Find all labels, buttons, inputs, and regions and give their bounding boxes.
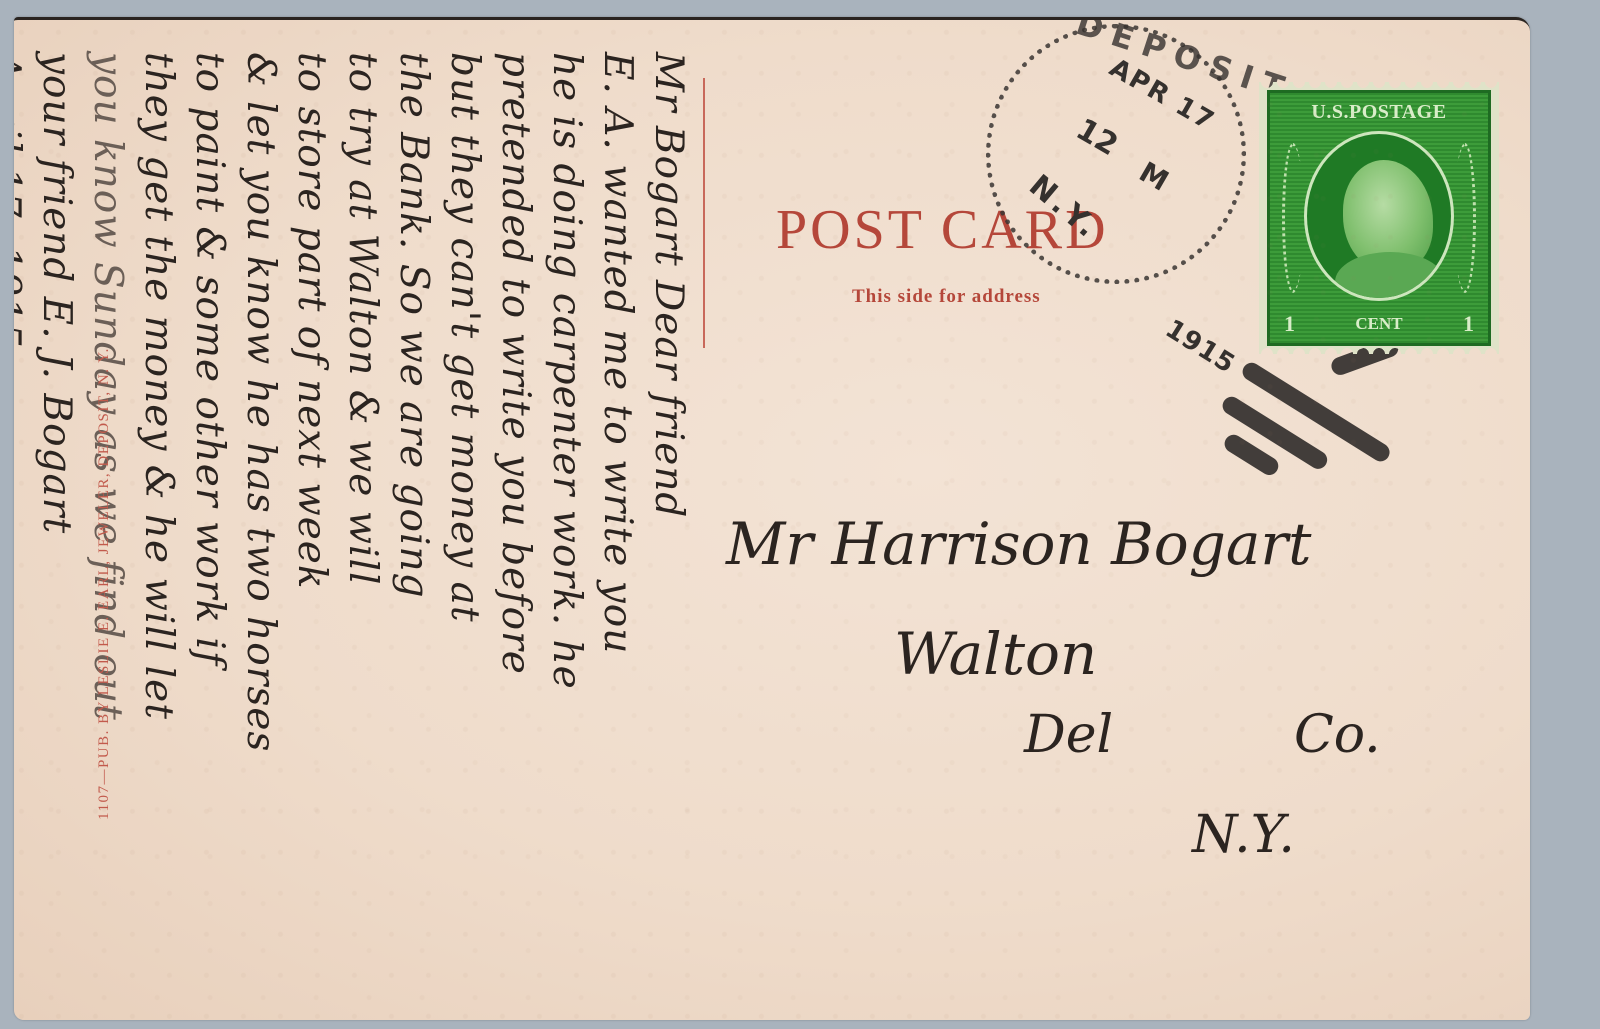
message-signature: your friend E. J. Bogart: [31, 52, 82, 1012]
postcard-back: Mr Bogart Dear friend E. A. wanted me to…: [14, 17, 1530, 1020]
message-line: they get the money & he will let: [133, 52, 184, 1012]
message-line: to try at Walton & we will: [337, 52, 388, 1012]
divider-line: [703, 78, 705, 348]
address-side-label: This side for address: [852, 286, 1041, 308]
postmark-year: 1915: [1160, 314, 1241, 380]
message-line: but they can't get money at: [439, 52, 490, 1012]
message-line: the Bank. So we are going: [388, 52, 439, 1012]
portrait-icon: [1304, 131, 1454, 301]
address-town: Walton: [894, 620, 1097, 688]
message-date: April 17, 1915: [14, 52, 31, 1012]
stamp-denomination-right: 1: [1463, 311, 1474, 337]
laurel-wreath-icon: [1282, 143, 1304, 293]
address-name: Mr Harrison Bogart: [726, 510, 1311, 578]
stamp-denomination-left: 1: [1284, 311, 1295, 337]
message-line: to store part of next week: [286, 52, 337, 1012]
message-line: he is doing carpenter work. he: [541, 52, 592, 1012]
address-county: Del: [1024, 705, 1113, 765]
stamp-denomination-word: CENT: [1355, 314, 1402, 334]
publisher-imprint: 1107—PUB. BY LESLIE E. EARL, JEWELER, DE…: [96, 347, 113, 820]
message-line: Mr Bogart Dear friend: [643, 52, 694, 1012]
message-line: to paint & some other work if: [184, 52, 235, 1012]
postage-stamp: U.S.POSTAGE 1 CENT 1: [1259, 82, 1499, 354]
laurel-wreath-icon: [1454, 143, 1476, 293]
message-line: pretended to write you before: [490, 52, 541, 1012]
message-line: E. A. wanted me to write you: [592, 52, 643, 1012]
message-line: & let you know he has two horses: [235, 52, 286, 1012]
stamp-label: U.S.POSTAGE: [1270, 101, 1488, 124]
address-state: N.Y.: [1192, 805, 1295, 865]
handwritten-message: Mr Bogart Dear friend E. A. wanted me to…: [14, 52, 694, 1012]
address-county-suffix: Co.: [1294, 705, 1381, 765]
